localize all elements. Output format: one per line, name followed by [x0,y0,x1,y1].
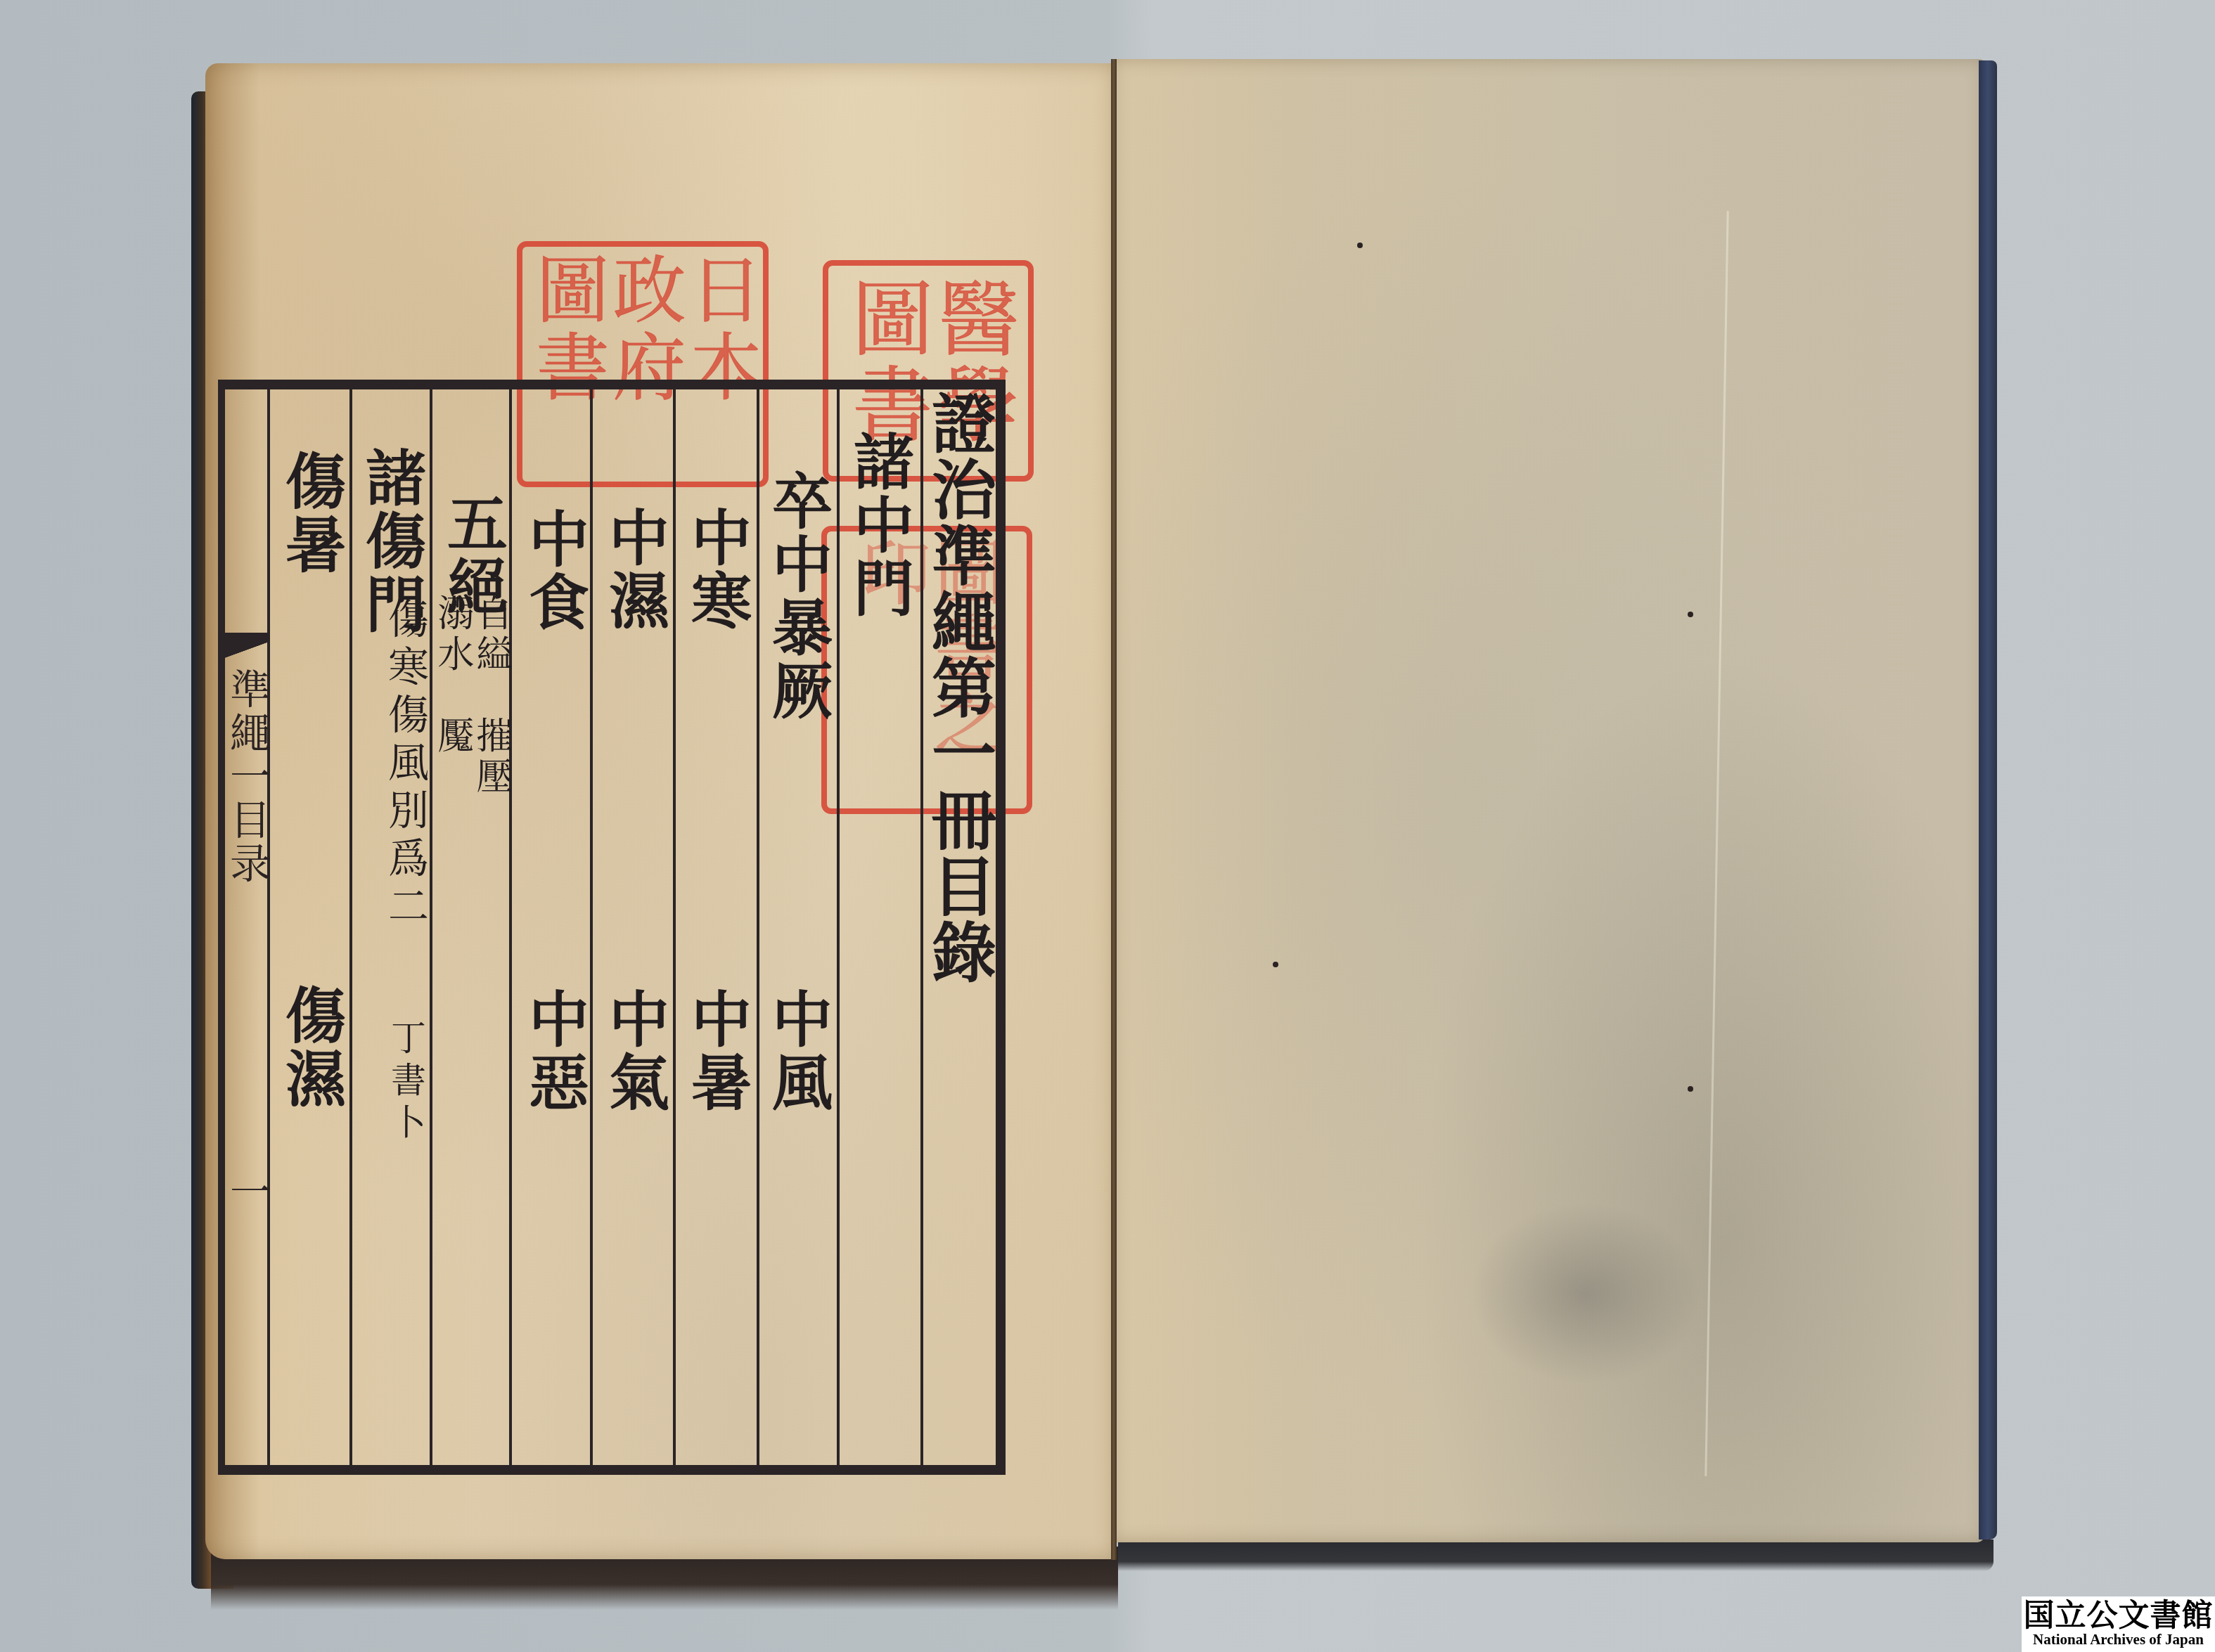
logo-japanese-text: 国立公文書館 [2024,1601,2214,1632]
book-bottom-edge-right [1118,1540,1994,1571]
column-rule [349,385,352,1471]
column-rule [267,385,270,1471]
toc-entry: 中食 [523,508,584,634]
toc-entry: 傷暑 [280,450,340,576]
ink-speck [1688,1086,1693,1092]
punctuation-dot [952,955,958,960]
fold-margin-title: 準繩一目录 [226,668,267,886]
column-rule [757,385,759,1471]
toc-entry: 傷濕 [280,984,340,1111]
fishtail-mark [224,633,267,661]
ink-speck [1273,962,1278,967]
column-rule [673,385,676,1471]
ink-speck [1688,612,1693,617]
toc-subentry-note: 丁書卜 [388,1019,423,1146]
blue-cover-edge [1979,60,1997,1540]
toc-title: 證治準繩第一冊目錄 [927,390,991,985]
logo-english-text: National Archives of Japan [2033,1632,2204,1648]
toc-subentry-note: 溺水 魘 [434,594,470,757]
book-gutter [1111,59,1117,1560]
column-rule [590,385,593,1471]
toc-entry: 中濕 [603,506,664,633]
column-rule [430,385,432,1471]
page-number: 一 [226,1170,267,1214]
national-archives-logo: 国立公文書館 National Archives of Japan [2022,1596,2215,1652]
toc-subentry-note: 傷寒傷風別爲二 [385,598,425,932]
ink-speck [1357,243,1363,248]
toc-entry: 中氣 [603,988,664,1114]
toc-entry: 中寒 [686,506,746,633]
toc-entry: 中風 [766,988,827,1114]
toc-subentry-note: 自縊 摧壓 [473,594,509,798]
section-heading-zhuzhong: 諸中門 [848,430,909,620]
column-rule [509,385,512,1471]
water-stain [1470,1202,1702,1385]
column-rule [837,385,840,1471]
toc-entry: 卒中暴厥 [766,470,827,723]
toc-entry: 中暑 [686,988,746,1114]
toc-entry: 中惡 [523,988,584,1114]
